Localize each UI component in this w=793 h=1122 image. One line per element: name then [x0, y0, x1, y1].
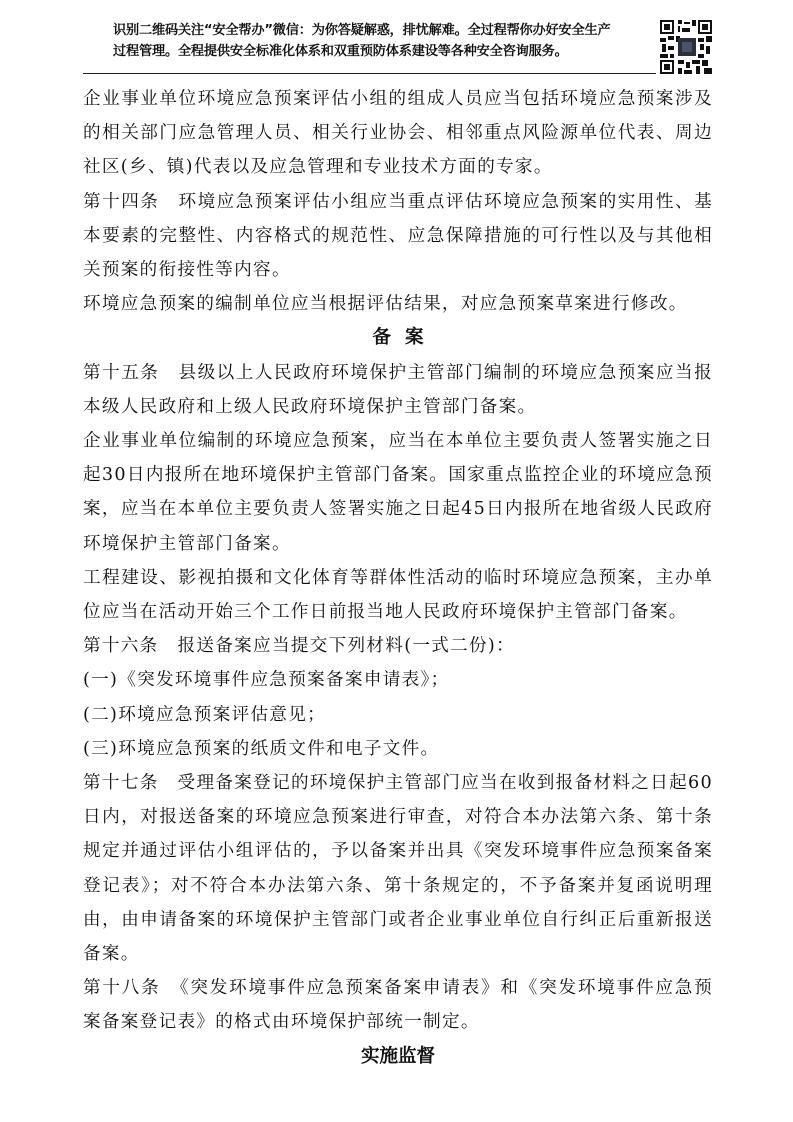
header-promo-line-1: 识别二维码关注“安全帮办”微信：为你答疑解惑，排忧解难。全过程帮你办好安全生产 — [83, 20, 658, 41]
paragraph-enterprise-filing: 企业事业单位编制的环境应急预案，应当在本单位主要负责人签署实施之日起30日内报所… — [83, 424, 713, 561]
article-14: 第十四条 环境应急预案评估小组应当重点评估环境应急预案的实用性、基本要素的完整性… — [83, 185, 713, 288]
qr-code-icon — [660, 20, 712, 74]
list-item-1: (一)《突发环境事件应急预案备案申请表》； — [83, 663, 713, 697]
header-promo-line-2: 过程管理。全程提供安全标准化体系和双重预防体系建设等各种安全咨询服务。 — [83, 41, 658, 62]
paragraph-temporary-plan: 工程建设、影视拍摄和文化体育等群体性活动的临时环境应急预案，主办单位应当在活动开… — [83, 561, 713, 629]
paragraph-evaluation-team: 企业事业单位环境应急预案评估小组的组成人员应当包括环境应急预案涉及的相关部门应急… — [83, 82, 713, 185]
document-body: 企业事业单位环境应急预案评估小组的组成人员应当包括环境应急预案涉及的相关部门应急… — [83, 82, 713, 1074]
section-heading-implementation: 实施监督 — [83, 1040, 713, 1074]
article-15: 第十五条 县级以上人民政府环境保护主管部门编制的环境应急预案应当报本级人民政府和… — [83, 356, 713, 424]
article-18: 第十八条 《突发环境事件应急预案备案申请表》和《突发环境事件应急预案备案登记表》… — [83, 971, 713, 1039]
paragraph-revision: 环境应急预案的编制单位应当根据评估结果，对应急预案草案进行修改。 — [83, 287, 713, 321]
section-heading-filing: 备案 — [83, 321, 713, 355]
list-item-3: (三)环境应急预案的纸质文件和电子文件。 — [83, 732, 713, 766]
header-divider — [83, 73, 656, 74]
article-17: 第十七条 受理备案登记的环境保护主管部门应当在收到报备材料之日起60日内，对报送… — [83, 766, 713, 971]
article-16: 第十六条 报送备案应当提交下列材料(一式二份)： — [83, 629, 713, 663]
list-item-2: (二)环境应急预案评估意见； — [83, 698, 713, 732]
page-header: 识别二维码关注“安全帮办”微信：为你答疑解惑，排忧解难。全过程帮你办好安全生产 … — [83, 20, 658, 62]
